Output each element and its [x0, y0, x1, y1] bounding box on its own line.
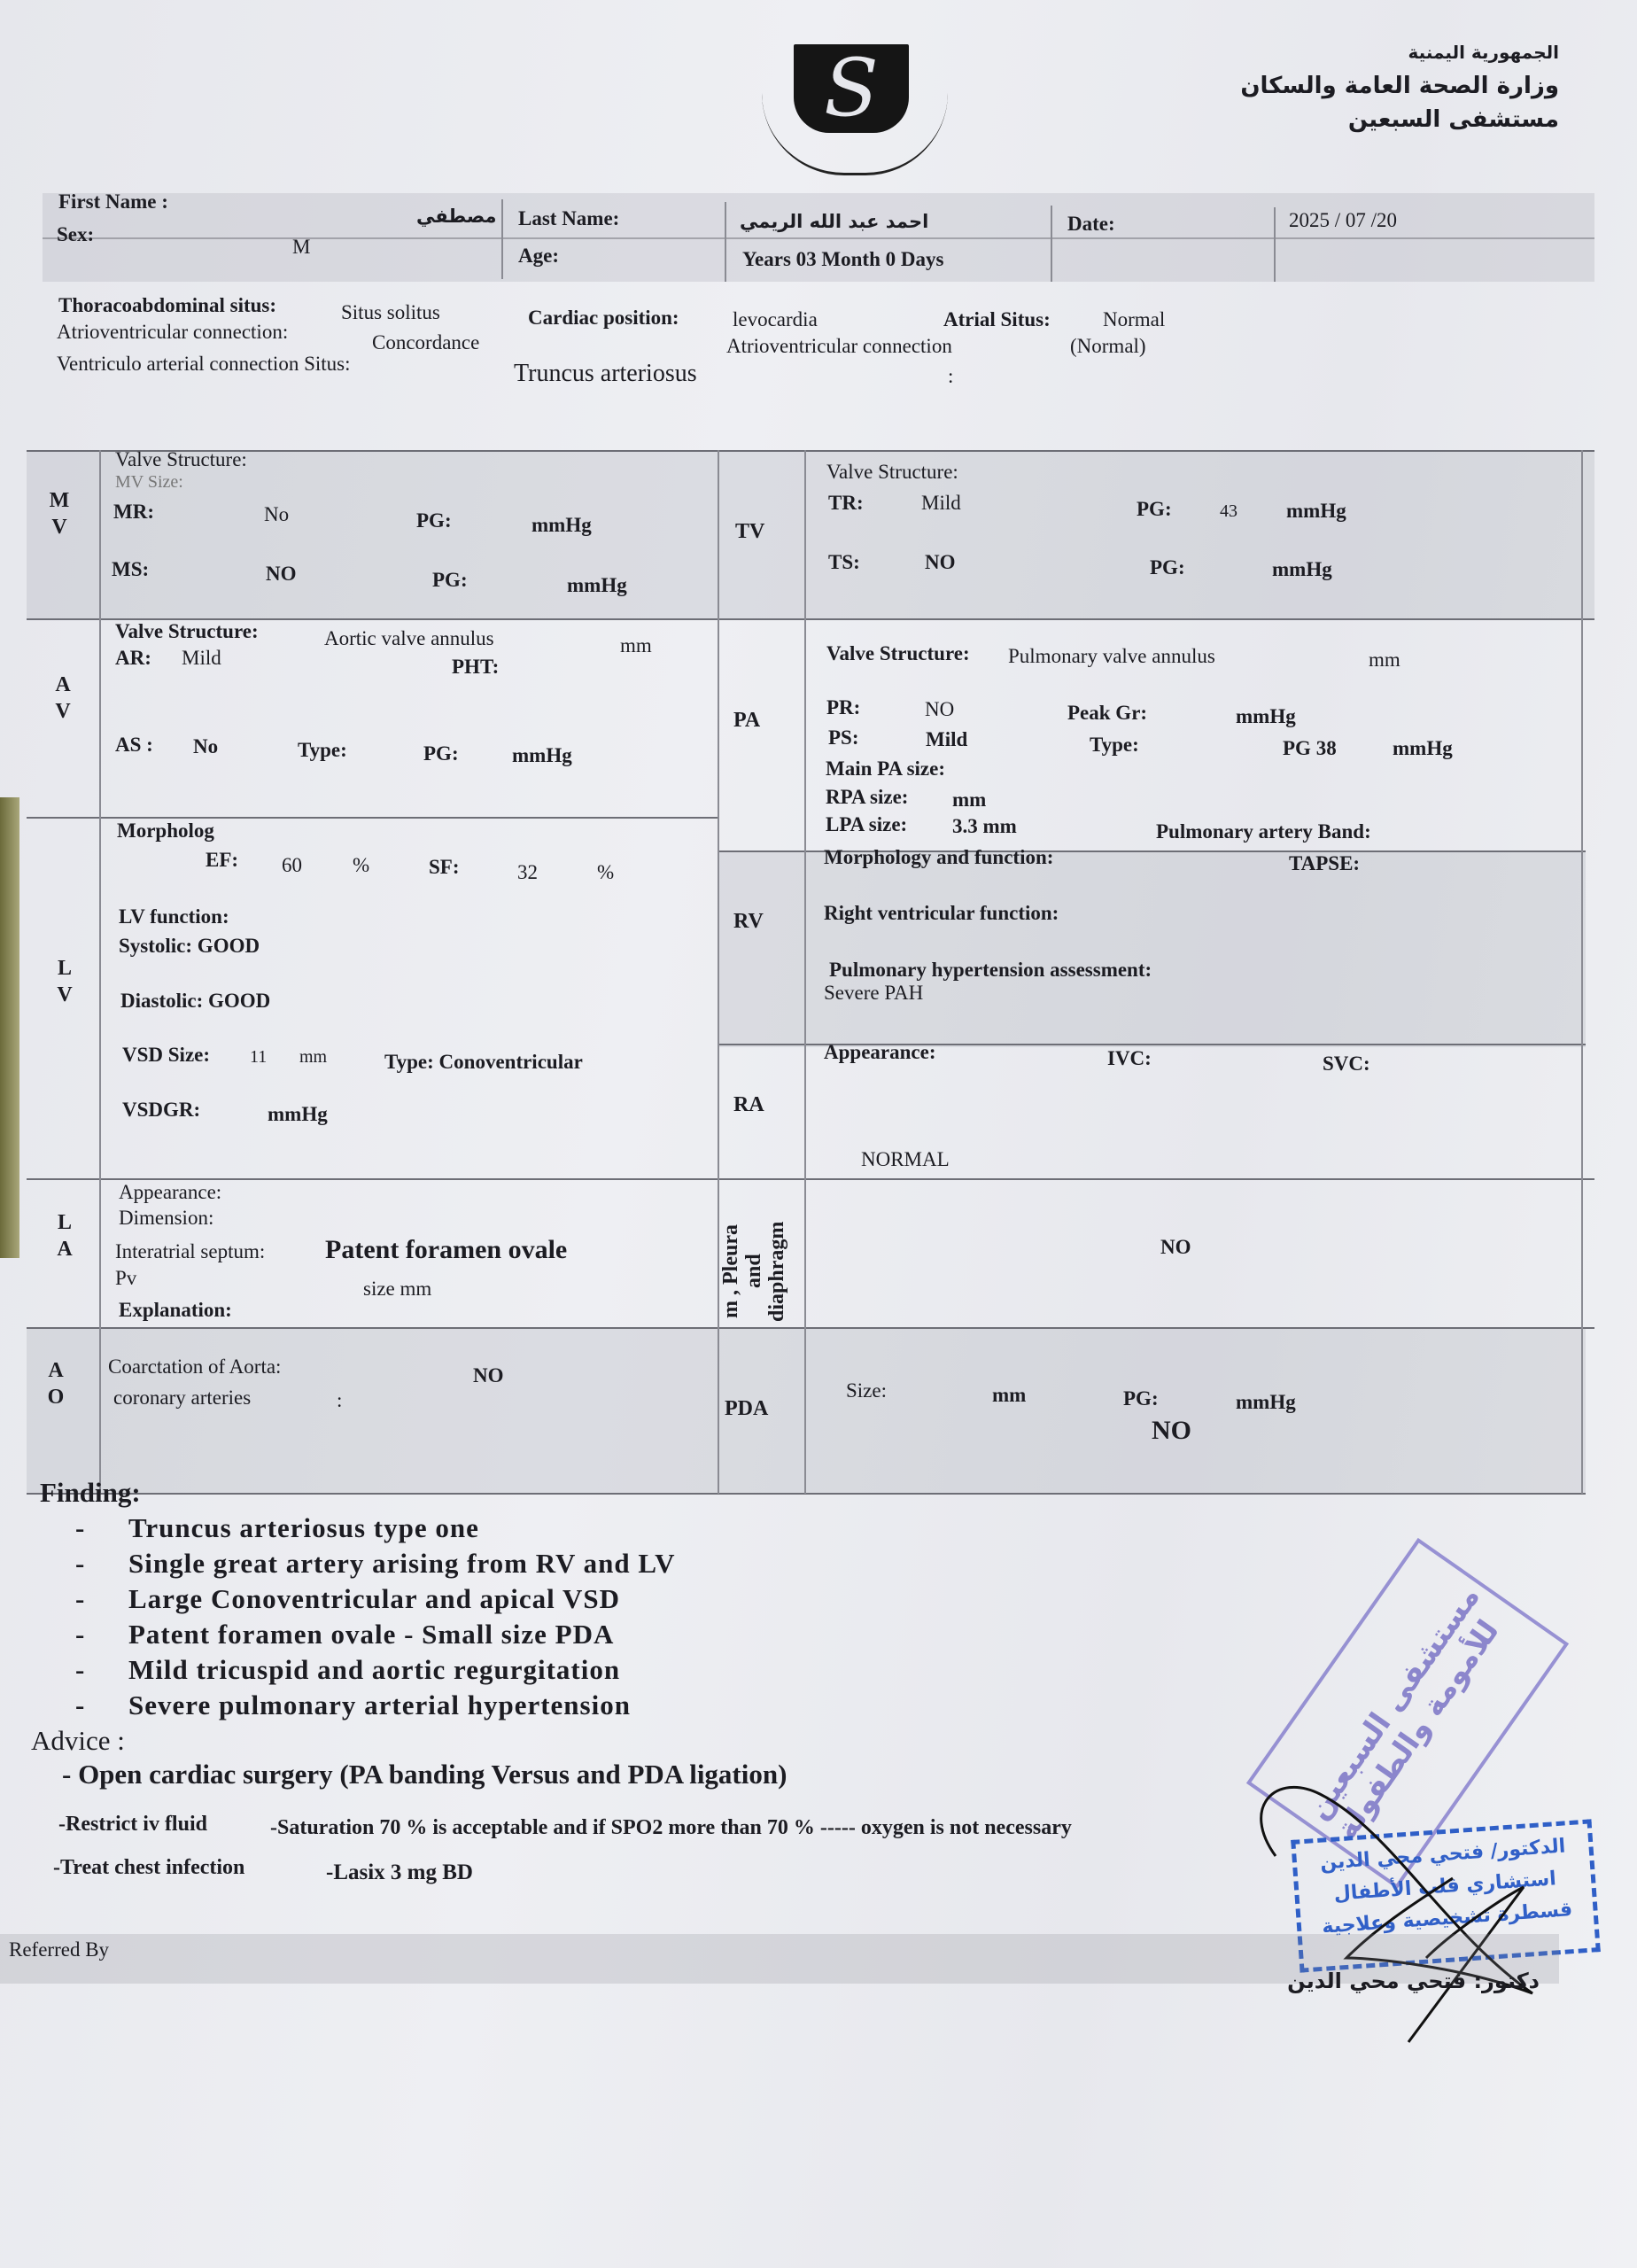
pulmonary-annulus-label: Pulmonary valve annulus — [1008, 645, 1215, 668]
rpa-size-label: RPA size: — [826, 786, 908, 809]
section-av: A V — [50, 672, 76, 725]
divider — [27, 1178, 1594, 1180]
divider — [1274, 207, 1276, 282]
tr-pg-label: PG: — [1137, 498, 1172, 521]
tr-label: TR: — [828, 492, 864, 515]
section-pda: PDA — [725, 1395, 768, 1422]
rv-morphology-label: Morphology and function: — [824, 846, 1053, 869]
sex-value: M — [292, 236, 310, 259]
thoraco-value: Situs solitus — [341, 301, 440, 324]
divider — [27, 817, 718, 819]
first-name-value: مصطفي — [416, 206, 497, 227]
divider — [99, 450, 101, 1494]
la-appearance: Appearance: — [119, 1181, 221, 1204]
advice-title: Advice : — [31, 1723, 676, 1759]
cardiac-position-value: levocardia — [733, 308, 818, 331]
tr-value: Mild — [921, 492, 961, 515]
doctor-name: دكتور: فتحي محي الدين — [1287, 1969, 1540, 1993]
lv-function-label: LV function: — [119, 905, 229, 928]
divider — [804, 450, 806, 1494]
advice-surgery: - Open cardiac surgery (PA banding Versu… — [62, 1759, 787, 1790]
divider — [1581, 450, 1583, 1494]
coronary-arteries-label: coronary arteries — [113, 1386, 251, 1410]
section-ra: RA — [733, 1091, 764, 1118]
rpa-size-unit: mm — [952, 788, 986, 812]
ps-label: PS: — [828, 726, 859, 750]
va-connection-label: Ventriculo arterial connection Situs: — [57, 353, 351, 376]
av-valve-structure: Valve Structure: — [115, 620, 259, 643]
tr-pg-unit: mmHg — [1286, 500, 1346, 523]
section-la: L A — [51, 1209, 78, 1262]
atrial-situs-value: Normal — [1103, 308, 1165, 331]
vsd-size-unit: mm — [299, 1047, 327, 1068]
finding-item: -Mild tricuspid and aortic regurgitation — [75, 1652, 676, 1688]
mr-value: No — [264, 503, 289, 526]
vsd-size-label: VSD Size: — [122, 1044, 210, 1067]
as-type-label: Type: — [298, 739, 347, 762]
svc-label: SVC: — [1323, 1052, 1370, 1076]
mv-size: MV Size: — [115, 472, 183, 493]
lpa-size-label: LPA size: — [826, 813, 907, 836]
thoraco-label: Thoracoabdominal situs: — [58, 294, 276, 317]
ts-label: TS: — [828, 551, 860, 574]
findings-title: Finding: — [40, 1475, 676, 1511]
logo-caption-arc — [762, 93, 948, 175]
ts-pg-label: PG: — [1150, 556, 1185, 579]
av-connection-value: Concordance — [372, 331, 479, 354]
ps-value: Mild — [926, 728, 967, 751]
ar-value: Mild — [182, 647, 221, 670]
ps-type-label: Type: — [1090, 734, 1139, 757]
divider — [725, 202, 726, 282]
finding-text: Mild tricuspid and aortic regurgitation — [128, 1654, 620, 1685]
finding-text: Truncus arteriosus type one — [128, 1512, 479, 1543]
peak-gr-unit: mmHg — [1236, 705, 1296, 728]
ef-label: EF: — [206, 849, 238, 872]
section-pa: PA — [733, 707, 760, 734]
vsd-type: Type: Conoventricular — [384, 1051, 583, 1074]
referred-by-label: Referred By — [9, 1938, 109, 1961]
as-label: AS : — [115, 734, 153, 757]
lpa-size-value: 3.3 mm — [952, 815, 1017, 838]
ps-pg-value: PG 38 — [1283, 737, 1337, 760]
pv-size: size mm — [363, 1278, 431, 1301]
av-connection-label: Atrioventricular connection: — [57, 321, 288, 344]
colon: : — [948, 365, 953, 388]
tapse-label: TAPSE: — [1289, 852, 1360, 875]
coronary-colon: : — [337, 1389, 342, 1412]
finding-text: Large Conoventricular and apical VSD — [128, 1583, 620, 1614]
finding-text: Severe pulmonary arterial hypertension — [128, 1689, 631, 1720]
pa-band-label: Pulmonary artery Band: — [1156, 820, 1371, 843]
as-value: No — [193, 735, 218, 758]
ts-value: NO — [925, 551, 956, 574]
mv-valve-structure: Valve Structure: — [115, 448, 247, 471]
mr-label: MR: — [113, 501, 154, 524]
la-dimension: Dimension: — [119, 1207, 213, 1230]
pda-size-unit: mm — [992, 1384, 1026, 1407]
age-label: Age: — [518, 245, 559, 268]
ra-appearance-label: Appearance: — [824, 1041, 935, 1064]
header-ministry: وزارة الصحة العامة والسكان — [1240, 69, 1559, 103]
hospital-logo: S — [753, 40, 957, 164]
section-pleura: m , Pleura and diaphragm — [719, 1214, 799, 1329]
finding-text: Single great artery arising from RV and … — [128, 1548, 676, 1579]
pulmonary-annulus-unit: mm — [1369, 649, 1400, 672]
finding-item: -Truncus arteriosus type one — [75, 1511, 676, 1546]
finding-item: -Large Conoventricular and apical VSD — [75, 1581, 676, 1617]
finding-item: -Patent foramen ovale - Small size PDA — [75, 1617, 676, 1652]
ph-assessment-label: Pulmonary hypertension assessment: — [829, 959, 1152, 982]
sf-unit: % — [597, 861, 614, 884]
pv-label: Pv — [115, 1267, 136, 1290]
coarctation-value: NO — [473, 1364, 504, 1387]
pda-value: NO — [1152, 1416, 1191, 1446]
aortic-annulus-label: Aortic valve annulus — [324, 627, 494, 650]
pr-label: PR: — [826, 696, 860, 719]
pda-pg-label: PG: — [1123, 1387, 1159, 1410]
divider — [27, 618, 1594, 620]
date-value: 2025 / 07 /20 — [1289, 209, 1397, 232]
ms-pg-unit: mmHg — [567, 574, 627, 597]
divider — [718, 450, 719, 1494]
coarctation-label: Coarctation of Aorta: — [108, 1355, 281, 1379]
ms-pg-label: PG: — [432, 569, 468, 592]
sex-label: Sex: — [57, 223, 94, 246]
lv-morphology: Morpholog — [117, 819, 214, 843]
vsd-size-value: 11 — [250, 1047, 267, 1068]
ar-label: AR: — [115, 647, 151, 670]
paper-edge-shadow — [0, 797, 19, 1258]
ts-pg-unit: mmHg — [1272, 558, 1332, 581]
rv-shade — [718, 852, 1586, 1047]
systolic-function: Systolic: GOOD — [119, 935, 260, 958]
atrial-situs-label: Atrial Situs: — [943, 308, 1051, 331]
ao-pda-shade — [27, 1329, 1586, 1493]
section-lv: L V — [51, 955, 78, 1008]
mr-pg-label: PG: — [416, 509, 452, 532]
tr-pg-value: 43 — [1220, 501, 1237, 522]
mr-pg-unit: mmHg — [531, 514, 592, 537]
as-pg-label: PG: — [423, 742, 459, 765]
rv-function-label: Right ventricular function: — [824, 902, 1059, 925]
pda-size-label: Size: — [846, 1379, 887, 1402]
av-connection-2-label: Atrioventricular connection — [726, 335, 952, 358]
divider — [1051, 206, 1052, 282]
advice-restrict-fluid: -Restrict iv fluid — [58, 1813, 207, 1837]
peak-gr-label: Peak Gr: — [1067, 702, 1147, 725]
section-ao: A O — [43, 1357, 69, 1410]
cardiac-position-label: Cardiac position: — [528, 307, 679, 330]
vsdgr-unit: mmHg — [268, 1103, 328, 1126]
advice-chest-infection: -Treat chest infection — [53, 1856, 244, 1880]
ms-value: NO — [266, 563, 297, 586]
ph-assessment-value: Severe PAH — [824, 982, 923, 1005]
interatrial-septum-value: Patent foramen ovale — [325, 1235, 567, 1265]
va-connection-value: Truncus arteriosus — [514, 360, 697, 388]
la-explanation: Explanation: — [119, 1299, 232, 1322]
pht-label: PHT: — [452, 656, 499, 679]
pleura-value: NO — [1160, 1236, 1191, 1259]
ms-label: MS: — [112, 558, 149, 581]
diastolic-function: Diastolic: GOOD — [120, 990, 270, 1013]
as-pg-unit: mmHg — [512, 744, 572, 767]
ef-value: 60 — [282, 854, 302, 877]
age-value: Years 03 Month 0 Days — [742, 248, 943, 271]
date-label: Date: — [1067, 213, 1115, 236]
av-connection-2-value: (Normal) — [1070, 335, 1146, 358]
finding-item: -Single great artery arising from RV and… — [75, 1546, 676, 1581]
tv-valve-structure: Valve Structure: — [826, 461, 958, 484]
aortic-annulus-unit: mm — [620, 634, 652, 657]
last-name-label: Last Name: — [518, 207, 619, 230]
pa-valve-structure: Valve Structure: — [826, 642, 970, 665]
mv-tv-shade — [27, 452, 1594, 620]
sf-value: 32 — [517, 861, 538, 884]
divider — [501, 199, 503, 279]
section-mv: M V — [46, 487, 73, 540]
section-tv: TV — [735, 518, 764, 545]
section-rv: RV — [733, 908, 764, 935]
advice-lasix: -Lasix 3 mg BD — [326, 1860, 473, 1885]
interatrial-septum-label: Interatrial septum: — [115, 1240, 265, 1263]
header-arabic: الجمهورية اليمنية وزارة الصحة العامة وال… — [1240, 35, 1559, 136]
findings-section: Finding: -Truncus arteriosus type one -S… — [40, 1475, 676, 1759]
sf-label: SF: — [429, 856, 460, 879]
first-name-label: First Name : — [58, 190, 168, 214]
last-name-value: احمد عبد الله الريمي — [740, 211, 928, 232]
finding-item: -Severe pulmonary arterial hypertension — [75, 1688, 676, 1723]
pda-pg-unit: mmHg — [1236, 1391, 1296, 1414]
advice-saturation: -Saturation 70 % is acceptable and if SP… — [270, 1816, 1072, 1840]
ps-pg-unit: mmHg — [1393, 737, 1453, 760]
header-country: الجمهورية اليمنية — [1240, 35, 1559, 69]
divider — [43, 237, 1594, 239]
ivc-label: IVC: — [1107, 1047, 1152, 1070]
ra-value: NORMAL — [861, 1148, 950, 1171]
finding-text: Patent foramen ovale - Small size PDA — [128, 1619, 614, 1650]
vsdgr-label: VSDGR: — [122, 1099, 200, 1122]
main-pa-size: Main PA size: — [826, 757, 945, 781]
header-hospital: مستشفى السبعين — [1240, 103, 1559, 136]
pr-value: NO — [925, 698, 954, 721]
ef-unit: % — [353, 854, 369, 877]
